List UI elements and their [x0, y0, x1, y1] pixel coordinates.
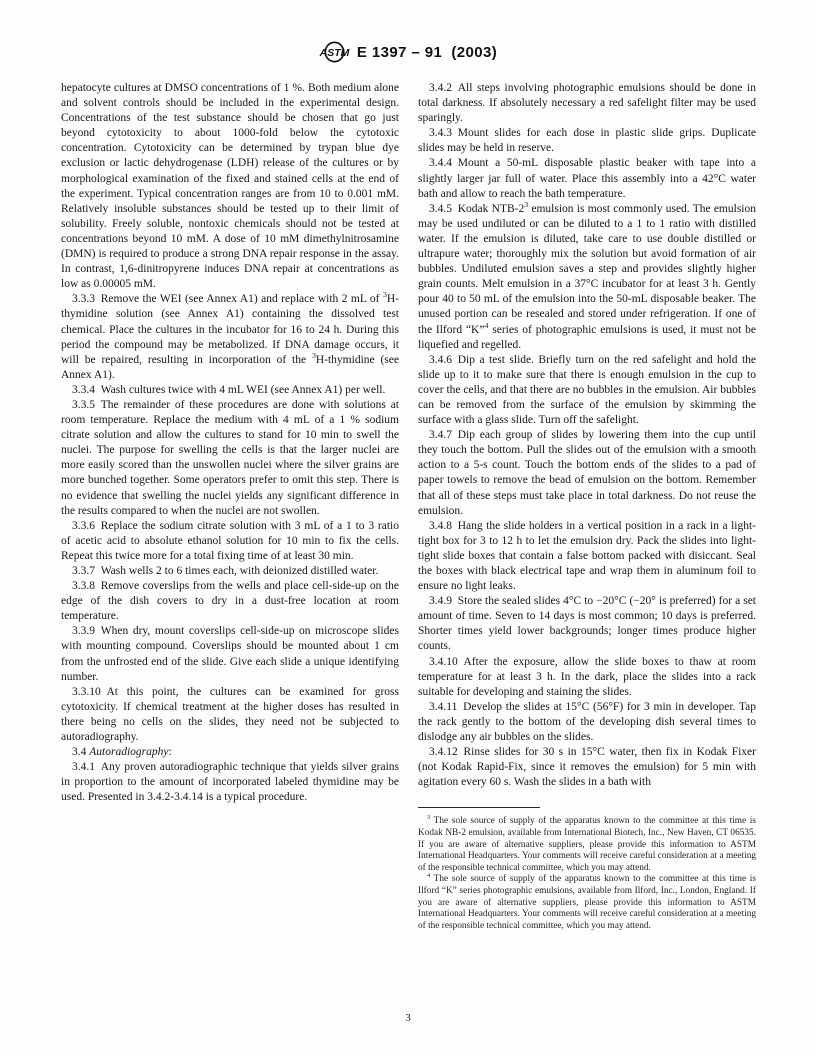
left-column: hepatocyte cultures at DMSO concentratio… [61, 81, 399, 932]
section-3.4.11: 3.4.11 Develop the slides at 15°C (56°F)… [418, 700, 756, 745]
section-3.4-heading: 3.4 Autoradiography: [61, 745, 399, 760]
text-segment: 3.4.3 Mount slides for each dose in plas… [418, 127, 756, 154]
standard-designation: E 1397 – 91 (2003) [357, 44, 497, 61]
section-3.4.4: 3.4.4 Mount a 50-mL disposable plastic b… [418, 156, 756, 201]
text-segment: : [168, 746, 171, 758]
footnote-4: 4 The sole source of supply of the appar… [418, 874, 756, 932]
text-segment: The sole source of supply of the apparat… [418, 816, 756, 872]
section-3.4.2: 3.4.2 All steps involving photographic e… [418, 81, 756, 126]
page-number: 3 [0, 1012, 816, 1024]
section-3.4.10: 3.4.10 After the exposure, allow the sli… [418, 655, 756, 700]
right-column-body: 3.4.2 All steps involving photographic e… [418, 81, 756, 790]
svg-text:ASTM: ASTM [319, 47, 350, 59]
text-segment: 3.4.7 Dip each group of slides by loweri… [418, 429, 756, 516]
text-segment: emulsion is most commonly used. The emul… [418, 203, 756, 336]
text-segment: 3.4.2 All steps involving photographic e… [418, 82, 756, 124]
text-segment: 3.4.10 After the exposure, allow the sli… [418, 656, 756, 698]
text-segment: 3.3.8 Remove coverslips from the wells a… [61, 580, 399, 622]
section-3.3.9: 3.3.9 When dry, mount coverslips cell-si… [61, 624, 399, 684]
text-segment: 3.4 [72, 746, 89, 758]
footnote-list: 3 The sole source of supply of the appar… [418, 816, 756, 932]
section-3.4.12: 3.4.12 Rinse slides for 30 s in 15°C wat… [418, 745, 756, 790]
text-segment: 3.3.9 When dry, mount coverslips cell-si… [61, 625, 399, 682]
section-3.4.9: 3.4.9 Store the sealed slides 4°C to −20… [418, 594, 756, 654]
text-segment: 3.3.10 At this point, the cultures can b… [61, 686, 399, 743]
document-header: ASTM E 1397 – 91 (2003) [0, 41, 816, 63]
section-3.4.8: 3.4.8 Hang the slide holders in a vertic… [418, 519, 756, 594]
text-segment: 3.4.5 Kodak NTB-2 [429, 203, 524, 215]
section-3.3.5: 3.3.5 The remainder of these procedures … [61, 398, 399, 519]
section-3.3.10: 3.3.10 At this point, the cultures can b… [61, 685, 399, 745]
text-segment: Autoradiography [89, 746, 168, 758]
footnote-3: 3 The sole source of supply of the appar… [418, 816, 756, 874]
section-3.4.1: 3.4.1 Any proven autoradiographic techni… [61, 760, 399, 805]
section-3.3.3: 3.3.3 Remove the WEI (see Annex A1) and … [61, 292, 399, 383]
text-segment: 3.4.1 Any proven autoradiographic techni… [61, 761, 399, 803]
text-segment: The sole source of supply of the apparat… [418, 874, 756, 930]
section-3.3.8: 3.3.8 Remove coverslips from the wells a… [61, 579, 399, 624]
section-3.3.4: 3.3.4 Wash cultures twice with 4 mL WEI … [61, 383, 399, 398]
section-3.4.3: 3.4.3 Mount slides for each dose in plas… [418, 126, 756, 156]
text-segment: 3.3.6 Replace the sodium citrate solutio… [61, 520, 399, 562]
right-column: 3.4.2 All steps involving photographic e… [418, 81, 756, 932]
continued-paragraph: hepatocyte cultures at DMSO concentratio… [61, 81, 399, 292]
text-segment: 3.4.6 Dip a test slide. Briefly turn on … [418, 354, 756, 426]
text-segment: 3.3.3 Remove the WEI (see Annex A1) and … [72, 293, 383, 305]
text-segment: 3.4.4 Mount a 50-mL disposable plastic b… [418, 157, 756, 199]
section-3.4.5: 3.4.5 Kodak NTB-23 emulsion is most comm… [418, 202, 756, 353]
text-segment: 3.4.12 Rinse slides for 30 s in 15°C wat… [418, 746, 756, 788]
document-page: ASTM E 1397 – 91 (2003) hepatocyte cultu… [0, 0, 816, 1056]
footnote-divider [418, 807, 540, 808]
astm-logo-icon: ASTM [319, 41, 350, 63]
text-segment: 3.3.5 The remainder of these procedures … [61, 399, 399, 517]
text-segment: 3.3.4 Wash cultures twice with 4 mL WEI … [72, 384, 385, 396]
section-3.4.6: 3.4.6 Dip a test slide. Briefly turn on … [418, 353, 756, 428]
section-3.4.7: 3.4.7 Dip each group of slides by loweri… [418, 428, 756, 519]
text-segment: 3.4.8 Hang the slide holders in a vertic… [418, 520, 756, 592]
text-segment: hepatocyte cultures at DMSO concentratio… [61, 82, 399, 290]
text-segment: 3.4.9 Store the sealed slides 4°C to −20… [418, 595, 756, 652]
text-segment: 3.4.11 Develop the slides at 15°C (56°F)… [418, 701, 756, 743]
section-3.3.7: 3.3.7 Wash wells 2 to 6 times each, with… [61, 564, 399, 579]
footnote-block: 3 The sole source of supply of the appar… [418, 807, 756, 932]
text-segment: 3.3.7 Wash wells 2 to 6 times each, with… [72, 565, 378, 577]
section-3.3.6: 3.3.6 Replace the sodium citrate solutio… [61, 519, 399, 564]
text-columns: hepatocyte cultures at DMSO concentratio… [61, 81, 757, 932]
